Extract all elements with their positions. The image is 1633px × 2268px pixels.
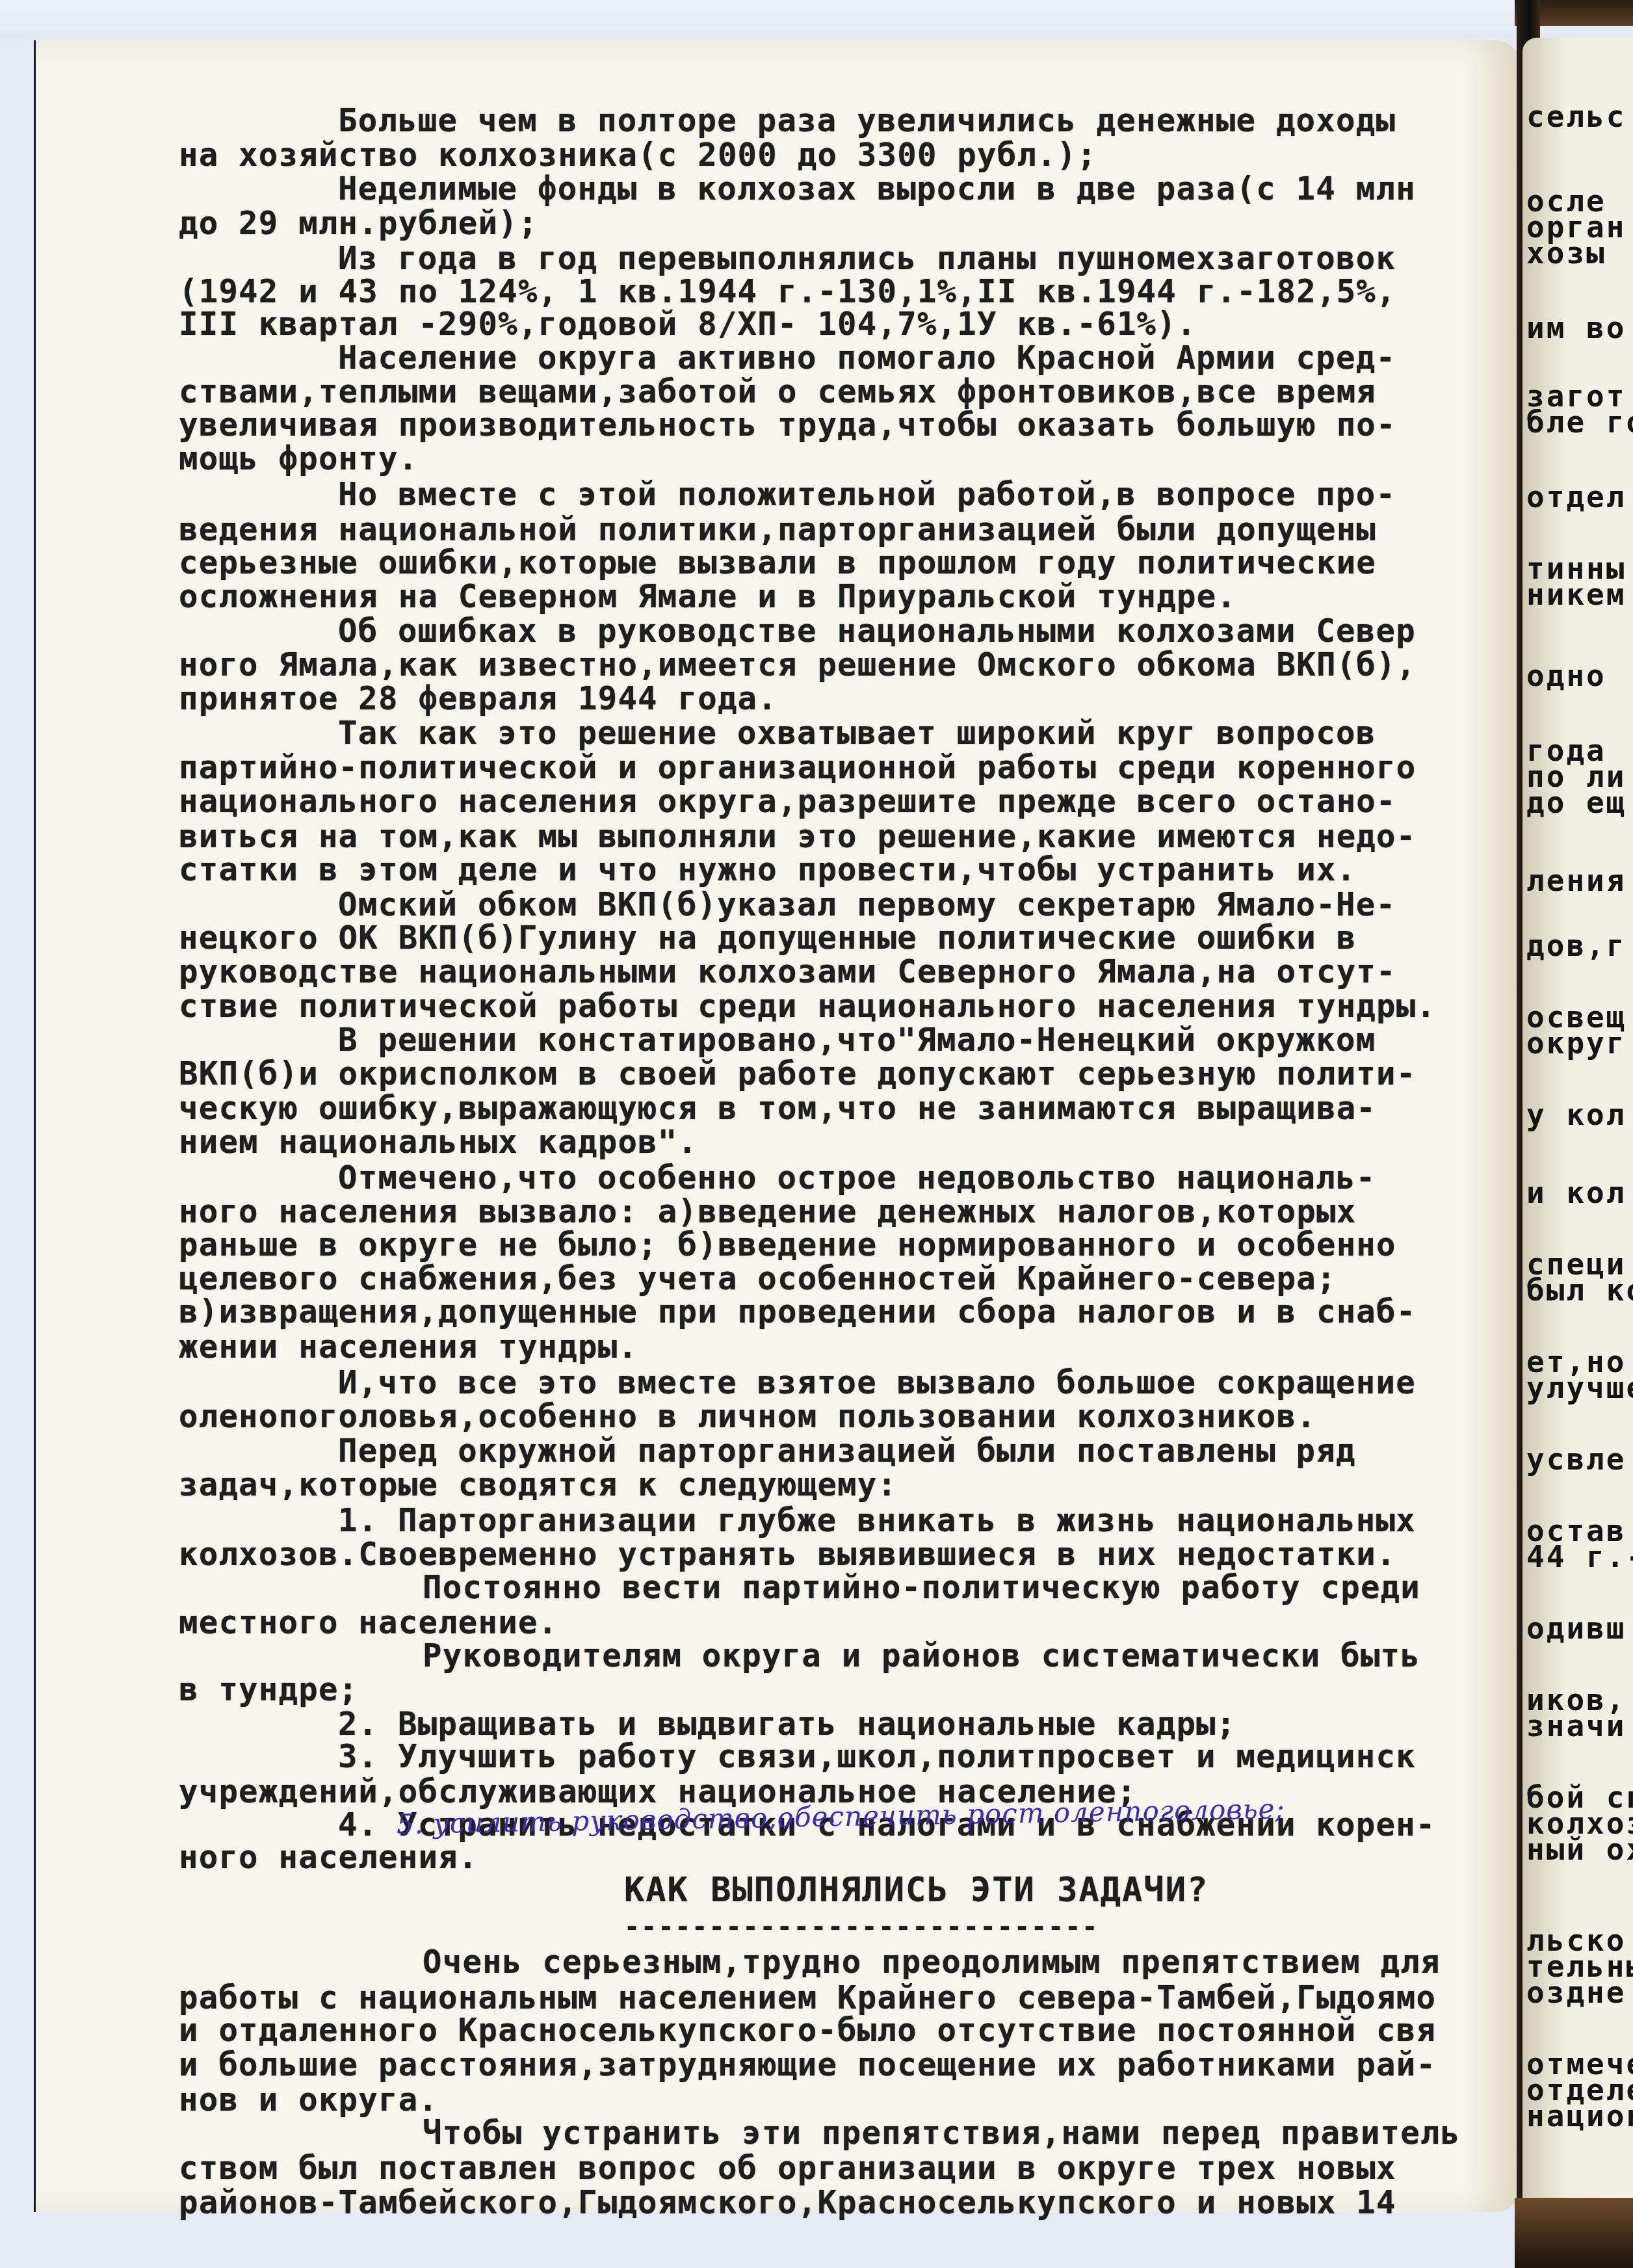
text-line: на хозяйство колхозника(с 2000 до 3300 р… [179, 137, 1097, 174]
text-line: работы с национальным населением Крайнег… [179, 1980, 1436, 2016]
text-line: Но вместе с этой положительной работой,в… [338, 477, 1396, 513]
text-line: местного население. [179, 1605, 558, 1641]
text-line: 1. Парторганизации глубже вникать в жизн… [338, 1503, 1416, 1539]
text-line: Омский обком ВКП(б)указал первому секрет… [338, 887, 1396, 923]
text-line: ного населения. [179, 1839, 478, 1876]
text-line: нецкого ОК ВКП(б)Гулину на допущенные по… [179, 920, 1356, 956]
text-line: Из года в год перевыполнялись планы пушн… [338, 241, 1396, 277]
text-line: ведения национальной политики,парторгани… [179, 512, 1376, 548]
text-line: до 29 млн.рублей); [179, 205, 538, 242]
text-line: Очень серьезным,трудно преодолимым препя… [423, 1944, 1441, 1981]
adjacent-page-fragment: им во [1526, 311, 1626, 345]
text-line: раньше в округе не было; б)введение норм… [179, 1227, 1396, 1263]
text-line: Об ошибках в руководстве национальными к… [338, 613, 1416, 650]
adjacent-page-fragment: 44 г.- [1526, 1540, 1633, 1574]
text-line: статки в этом деле и что нужно провести,… [179, 852, 1356, 888]
heading-underline: ---------------------------- [624, 1909, 1099, 1945]
text-line: оленопоголовья,особенно в личном пользов… [179, 1399, 1316, 1435]
text-line: В решении констатировано,что"Ямало-Ненец… [338, 1022, 1376, 1059]
adjacent-page-fragment: дов,г [1526, 929, 1626, 962]
adjacent-page-fragment: никем [1526, 577, 1626, 611]
text-line: колхозов.Своевременно устранять выявивши… [179, 1536, 1396, 1573]
adjacent-page-fragment: до ещ [1526, 785, 1626, 819]
text-line: в тундре; [179, 1672, 358, 1708]
text-line: осложнения на Северном Ямале и в Приурал… [179, 579, 1236, 615]
adjacent-page-fragment: значи [1526, 1709, 1626, 1743]
adjacent-page-fragment: бле го [1526, 405, 1633, 439]
scanner-background [0, 0, 1633, 39]
text-line: районов-Тамбейского,Гыдоямского,Красносе… [179, 2185, 1396, 2221]
text-line: ного Ямала,как известно,имеется решение … [179, 647, 1416, 683]
text-line: Постоянно вести партийно-политическую ра… [423, 1570, 1420, 1606]
text-line: ствие политической работы среди национал… [179, 988, 1436, 1025]
text-line: ством был поставлен вопрос об организаци… [179, 2150, 1396, 2187]
text-line: Перед окружной парторганизацией были пос… [338, 1433, 1356, 1470]
text-line: нием национальных кадров". [179, 1124, 698, 1161]
text-line: И,что все это вместе взятое вызвало боль… [338, 1365, 1416, 1401]
adjacent-page-fragment: ления [1526, 864, 1626, 897]
text-line: Руководителям округа и районов системати… [423, 1638, 1420, 1674]
text-line: (1942 и 43 по 124%, 1 кв.1944 г.-130,1%,… [179, 274, 1396, 310]
text-line: Так как это решение охватывает широкий к… [338, 715, 1376, 752]
text-line: задач,которые сводятся к следующему: [179, 1467, 897, 1503]
adjacent-page-fragment: был ко [1526, 1273, 1633, 1307]
adjacent-page-fragment: у кол [1526, 1098, 1626, 1131]
text-line: ВКП(б)и окрисполком в своей работе допус… [179, 1056, 1416, 1092]
text-line: жении населения тундры. [179, 1329, 638, 1365]
adjacent-page-fragment: оздне [1526, 1975, 1626, 2009]
text-line: мощь фронту. [179, 441, 418, 477]
adjacent-page-fragment: усвле [1526, 1442, 1626, 1476]
text-line: ческую ошибку,выражающуюся в том,что не … [179, 1090, 1376, 1127]
text-line: национального населения округа,разрешите… [179, 784, 1396, 820]
text-line: 2. Выращивать и выдвигать национальные к… [338, 1706, 1236, 1743]
adjacent-page-text: сельсослеорганхозыим возаготбле гоотделт… [1522, 38, 1633, 2213]
text-line: Отмечено,что особенно острое недовольств… [338, 1160, 1376, 1196]
text-line: руководстве национальными колхозами Севе… [179, 954, 1396, 990]
text-line: виться на том,как мы выполняли это решен… [179, 819, 1416, 855]
text-line: Больше чем в полторе раза увеличились де… [338, 103, 1396, 139]
adjacent-page-fragment: национ [1526, 2099, 1633, 2133]
text-line: Неделимые фонды в колхозах выросли в две… [338, 171, 1416, 207]
adjacent-page-fragment: улучше [1526, 1371, 1633, 1404]
text-line: Население округа активно помогало Красно… [338, 340, 1396, 376]
adjacent-page-fragment: одивш [1526, 1611, 1626, 1645]
text-line: и отдаленного Красноселькупского-было от… [179, 2012, 1436, 2049]
adjacent-page-fragment: одно [1526, 659, 1606, 692]
text-line: ствами,теплыми вещами,заботой о семьях ф… [179, 374, 1376, 410]
section-heading: КАК ВЫПОЛНЯЛИСЬ ЭТИ ЗАДАЧИ? [624, 1872, 1208, 1908]
text-line: нов и округа. [179, 2082, 438, 2118]
text-line: увеличивая производительность труда,чтоб… [179, 407, 1396, 443]
text-line: III квартал -290%,годовой 8/ХП- 104,7%,1… [179, 306, 1197, 343]
text-line: и большие расстояния,затрудняющие посеще… [179, 2047, 1436, 2083]
adjacent-page-fragment: и кол [1526, 1176, 1626, 1209]
adjacent-page-fragment: округ [1526, 1026, 1626, 1060]
text-line: серьезные ошибки,которые вызвали в прошл… [179, 545, 1376, 581]
text-line: целевого снабжения,без учета особенносте… [179, 1261, 1337, 1297]
text-line: 3. Улучшить работу связи,школ,политпросв… [338, 1739, 1416, 1775]
text-line: в)извращения,допущенные при проведении с… [179, 1294, 1416, 1330]
adjacent-page-fragment: сельс [1526, 99, 1626, 133]
text-line: партийно-политической и организационной … [179, 750, 1416, 786]
adjacent-page-fragment: отдел [1526, 480, 1626, 514]
text-line: ного населения вызвало: а)введение денеж… [179, 1194, 1356, 1230]
adjacent-page-fragment: ный ох [1526, 1832, 1633, 1866]
text-line: Чтобы устранить эти препятствия,нами пер… [423, 2115, 1460, 2152]
adjacent-page-fragment: хозы [1526, 236, 1606, 270]
text-line: принятое 28 февраля 1944 года. [179, 681, 777, 717]
